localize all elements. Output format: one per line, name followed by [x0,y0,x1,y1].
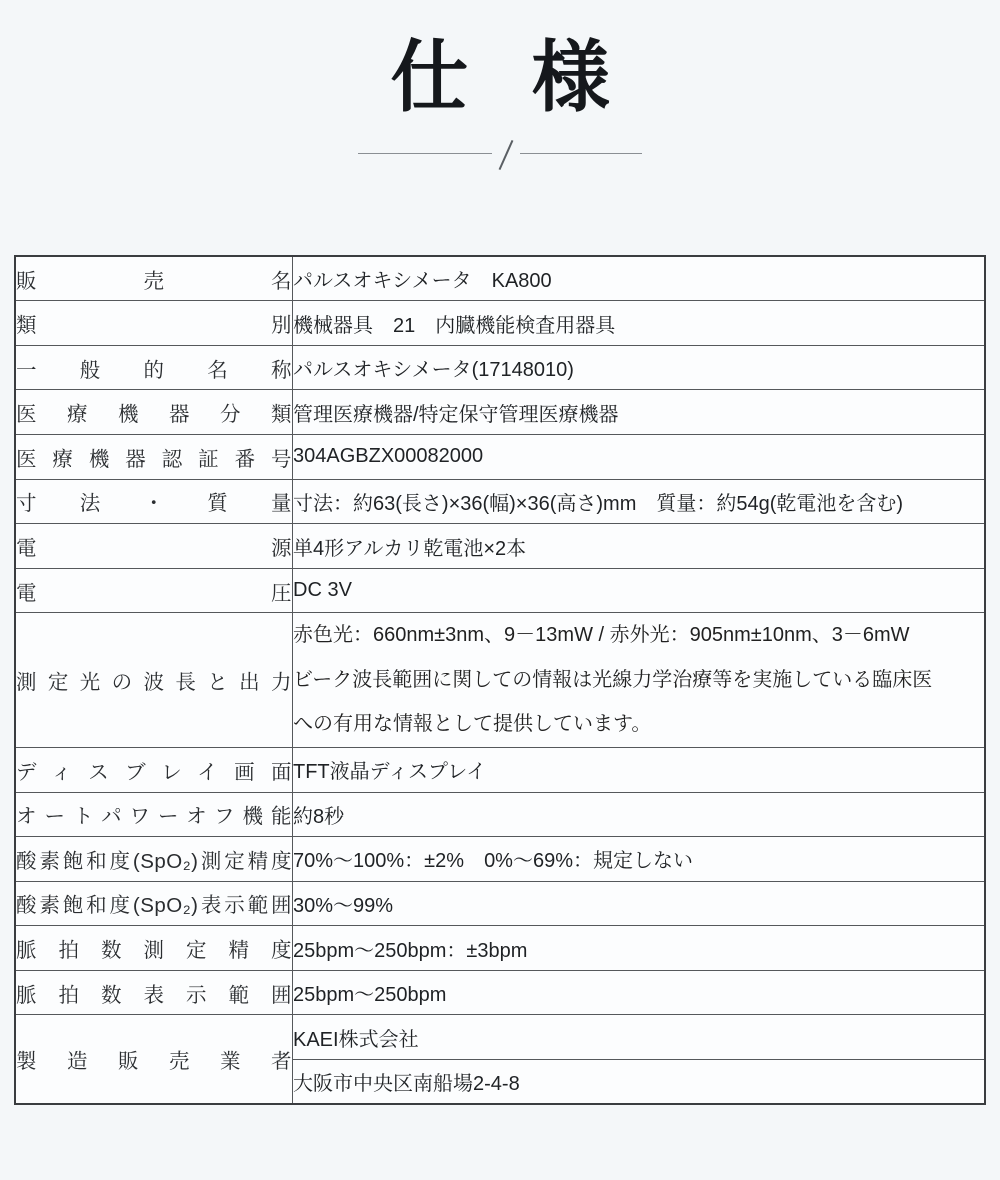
spec-value-power-source: 単4形アルカリ乾電池×2本 [293,524,986,569]
spec-row-classification: 類別 機械器具 21 内臓機能検査用器具 [15,301,985,346]
spec-value-pulse-accuracy: 25bpm～250bpm：±3bpm [293,926,986,971]
spec-value-classification: 機械器具 21 内臓機能検査用器具 [293,301,986,346]
spec-label-manufacturer: 製造販売業者 [15,1015,293,1104]
page-title: 仕 様 [0,30,1000,125]
spec-label-generic-name: 一般的名称 [15,345,293,390]
spec-label-spo2-range: 酸素飽和度(SpO₂)表示範囲 [15,881,293,926]
spec-row-voltage: 電圧 DC 3V [15,568,985,613]
spec-row-product-name: 販売名 パルスオキシメータ KA800 [15,256,985,301]
spec-row-display: ディスブレイ画面 TFT液晶ディスプレイ [15,747,985,792]
spec-row-pulse-range: 脈拍数表示範囲 25bpm～250bpm [15,970,985,1015]
spec-label-auto-power-off: オートパワーオフ機能 [15,792,293,837]
spec-row-power-source: 電源 単4形アルカリ乾電池×2本 [15,524,985,569]
spec-row-pulse-accuracy: 脈拍数測定精度 25bpm～250bpm：±3bpm [15,926,985,971]
spec-label-wavelength-output: 測定光の波長と出力 [15,613,293,748]
spec-value-manufacturer-address: 大阪市中央区南船場2-4-8 [293,1060,986,1105]
spec-label-pulse-range: 脈拍数表示範囲 [15,970,293,1015]
spec-label-certification-number: 医療機器認証番号 [15,435,293,480]
spec-row-dimensions-weight: 寸法・質量 寸法：約63(長さ)×36(幅)×36(高さ)mm 質量：約54g(… [15,479,985,524]
title-decoration [358,145,642,175]
spec-row-generic-name: 一般的名称 パルスオキシメータ(17148010) [15,345,985,390]
spec-value-line: 赤色光：660nm±3nm、9－13mW / 赤外光：905nm±10nm、3－… [293,613,984,658]
spec-label-voltage: 電圧 [15,568,293,613]
title-underline-left-icon [358,153,492,154]
spec-row-device-class: 医療機器分類 管理医療機器/特定保守管理医療機器 [15,390,985,435]
spec-label-pulse-accuracy: 脈拍数測定精度 [15,926,293,971]
spec-label-classification: 類別 [15,301,293,346]
spec-row-spo2-range: 酸素飽和度(SpO₂)表示範囲 30%～99% [15,881,985,926]
title-underline-right-icon [520,153,642,154]
spec-value-spo2-range: 30%～99% [293,881,986,926]
spec-label-display: ディスブレイ画面 [15,747,293,792]
spec-label-product-name: 販売名 [15,256,293,301]
spec-label-power-source: 電源 [15,524,293,569]
spec-value-line: ビーク波長範囲に関しての情報は光線力学治療等を実施している臨床医 [293,658,984,703]
spec-value-pulse-range: 25bpm～250bpm [293,970,986,1015]
spec-value-wavelength-output: 赤色光：660nm±3nm、9－13mW / 赤外光：905nm±10nm、3－… [293,613,986,748]
spec-value-display: TFT液晶ディスプレイ [293,747,986,792]
spec-row-auto-power-off: オートパワーオフ機能 約8秒 [15,792,985,837]
spec-value-auto-power-off: 約8秒 [293,792,986,837]
title-slash-icon [499,140,514,170]
spec-value-generic-name: パルスオキシメータ(17148010) [293,345,986,390]
spec-row-wavelength-output: 測定光の波長と出力 赤色光：660nm±3nm、9－13mW / 赤外光：905… [15,613,985,748]
spec-table: 販売名 パルスオキシメータ KA800 類別 機械器具 21 内臓機能検査用器具… [14,255,986,1105]
spec-label-dimensions-weight: 寸法・質量 [15,479,293,524]
spec-value-device-class: 管理医療機器/特定保守管理医療機器 [293,390,986,435]
spec-row-certification-number: 医療機器認証番号 304AGBZX00082000 [15,435,985,480]
spec-value-spo2-accuracy: 70%～100%：±2% 0%～69%：規定しない [293,837,986,882]
spec-label-device-class: 医療機器分類 [15,390,293,435]
spec-value-manufacturer-name: KAEI株式会社 [293,1015,986,1060]
spec-value-dimensions-weight: 寸法：約63(長さ)×36(幅)×36(高さ)mm 質量：約54g(乾電池を含む… [293,479,986,524]
spec-row-spo2-accuracy: 酸素飽和度(SpO₂)測定精度 70%～100%：±2% 0%～69%：規定しな… [15,837,985,882]
spec-row-manufacturer: 製造販売業者 KAEI株式会社 [15,1015,985,1060]
spec-value-product-name: パルスオキシメータ KA800 [293,256,986,301]
spec-label-spo2-accuracy: 酸素飽和度(SpO₂)測定精度 [15,837,293,882]
title-section: 仕 様 [0,30,1000,175]
spec-value-voltage: DC 3V [293,568,986,613]
spec-value-certification-number: 304AGBZX00082000 [293,435,986,480]
spec-value-line: への有用な情報として提供しています。 [293,702,984,747]
